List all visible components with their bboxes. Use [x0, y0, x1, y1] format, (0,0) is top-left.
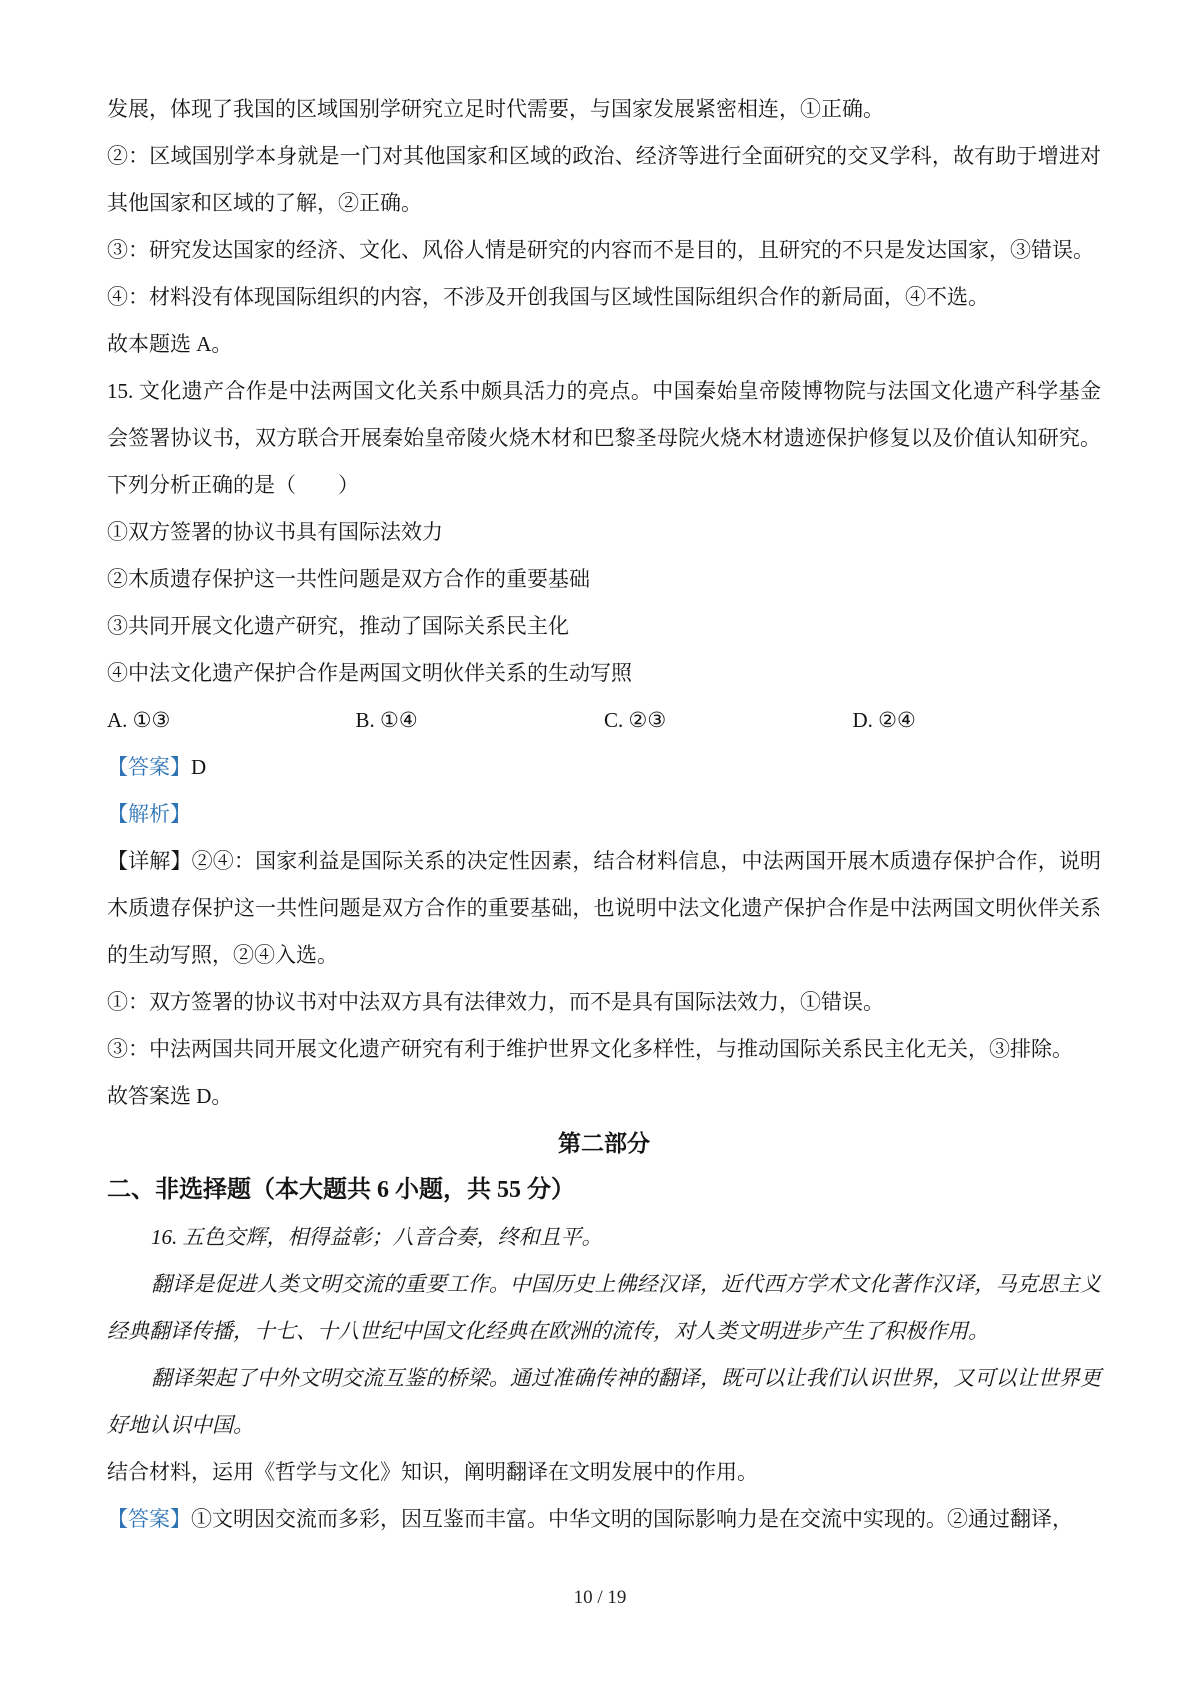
q15-note-point3: ③：中法两国共同开展文化遗产研究有利于维护世界文化多样性，与推动国际关系民主化无… — [107, 1026, 1101, 1073]
q14-point2-analysis: ②：区域国别学本身就是一门对其他国家和区域的政治、经济等进行全面研究的交叉学科，… — [107, 133, 1101, 227]
q16-lead: 16. 五色交辉，相得益彰；八音合奏，终和且平。 — [107, 1214, 1101, 1261]
page-number: 10 / 19 — [0, 1586, 1200, 1610]
document-page: 发展，体现了我国的区域国别学研究立足时代需要，与国家发展紧密相连，①正确。 ②：… — [0, 0, 1200, 1697]
q14-analysis-continuation: 发展，体现了我国的区域国别学研究立足时代需要，与国家发展紧密相连，①正确。 — [107, 86, 1101, 133]
q16-material-2: 翻译架起了中外文明交流互鉴的桥梁。通过准确传神的翻译，既可以让我们认识世界，又可… — [107, 1355, 1101, 1449]
q15-note-point1: ①：双方签署的协议书对中法双方具有法律效力，而不是具有国际法效力，①错误。 — [107, 979, 1101, 1026]
q16-answer-line: 【答案】①文明因交流而多彩，因互鉴而丰富。中华文明的国际影响力是在交流中实现的。… — [107, 1496, 1101, 1543]
q15-option-d: D. ②④ — [853, 697, 1102, 744]
q15-detail-explanation: 【详解】②④：国家利益是国际关系的决定性因素，结合材料信息，中法两国开展木质遗存… — [107, 838, 1101, 979]
analysis-label: 【解析】 — [107, 802, 191, 826]
part2-title: 第二部分 — [107, 1120, 1101, 1167]
answer-label: 【答案】 — [107, 1507, 191, 1531]
q15-answer-value: D — [191, 755, 206, 779]
q15-option-c: C. ②③ — [604, 697, 853, 744]
q15-stem: 15. 文化遗产合作是中法两国文化关系中颇具活力的亮点。中国秦始皇帝陵博物院与法… — [107, 368, 1101, 509]
q14-point3-analysis: ③：研究发达国家的经济、文化、风俗人情是研究的内容而不是目的，且研究的不只是发达… — [107, 227, 1101, 274]
section2-heading: 二、非选择题（本大题共 6 小题，共 55 分） — [107, 1167, 1101, 1214]
q16-task: 结合材料，运用《哲学与文化》知识，阐明翻译在文明发展中的作用。 — [107, 1449, 1101, 1496]
q15-analysis-line: 【解析】 — [107, 791, 1101, 838]
q15-item-1: ①双方签署的协议书具有国际法效力 — [107, 509, 1101, 556]
q14-point4-analysis: ④：材料没有体现国际组织的内容，不涉及开创我国与区域性国际组织合作的新局面，④不… — [107, 274, 1101, 321]
q15-conclusion: 故答案选 D。 — [107, 1073, 1101, 1120]
q16-material-1: 翻译是促进人类文明交流的重要工作。中国历史上佛经汉译，近代西方学术文化著作汉译，… — [107, 1261, 1101, 1355]
q15-item-4: ④中法文化遗产保护合作是两国文明伙伴关系的生动写照 — [107, 650, 1101, 697]
q15-item-3: ③共同开展文化遗产研究，推动了国际关系民主化 — [107, 603, 1101, 650]
q14-conclusion: 故本题选 A。 — [107, 321, 1101, 368]
q15-item-2: ②木质遗存保护这一共性问题是双方合作的重要基础 — [107, 556, 1101, 603]
q15-options-row: A. ①③ B. ①④ C. ②③ D. ②④ — [107, 697, 1101, 744]
q15-answer-line: 【答案】D — [107, 744, 1101, 791]
q15-option-b: B. ①④ — [356, 697, 605, 744]
q16-answer-text: ①文明因交流而多彩，因互鉴而丰富。中华文明的国际影响力是在交流中实现的。②通过翻… — [191, 1507, 1073, 1531]
q15-option-a: A. ①③ — [107, 697, 356, 744]
answer-label: 【答案】 — [107, 755, 191, 779]
page-content: 发展，体现了我国的区域国别学研究立足时代需要，与国家发展紧密相连，①正确。 ②：… — [107, 86, 1101, 1543]
